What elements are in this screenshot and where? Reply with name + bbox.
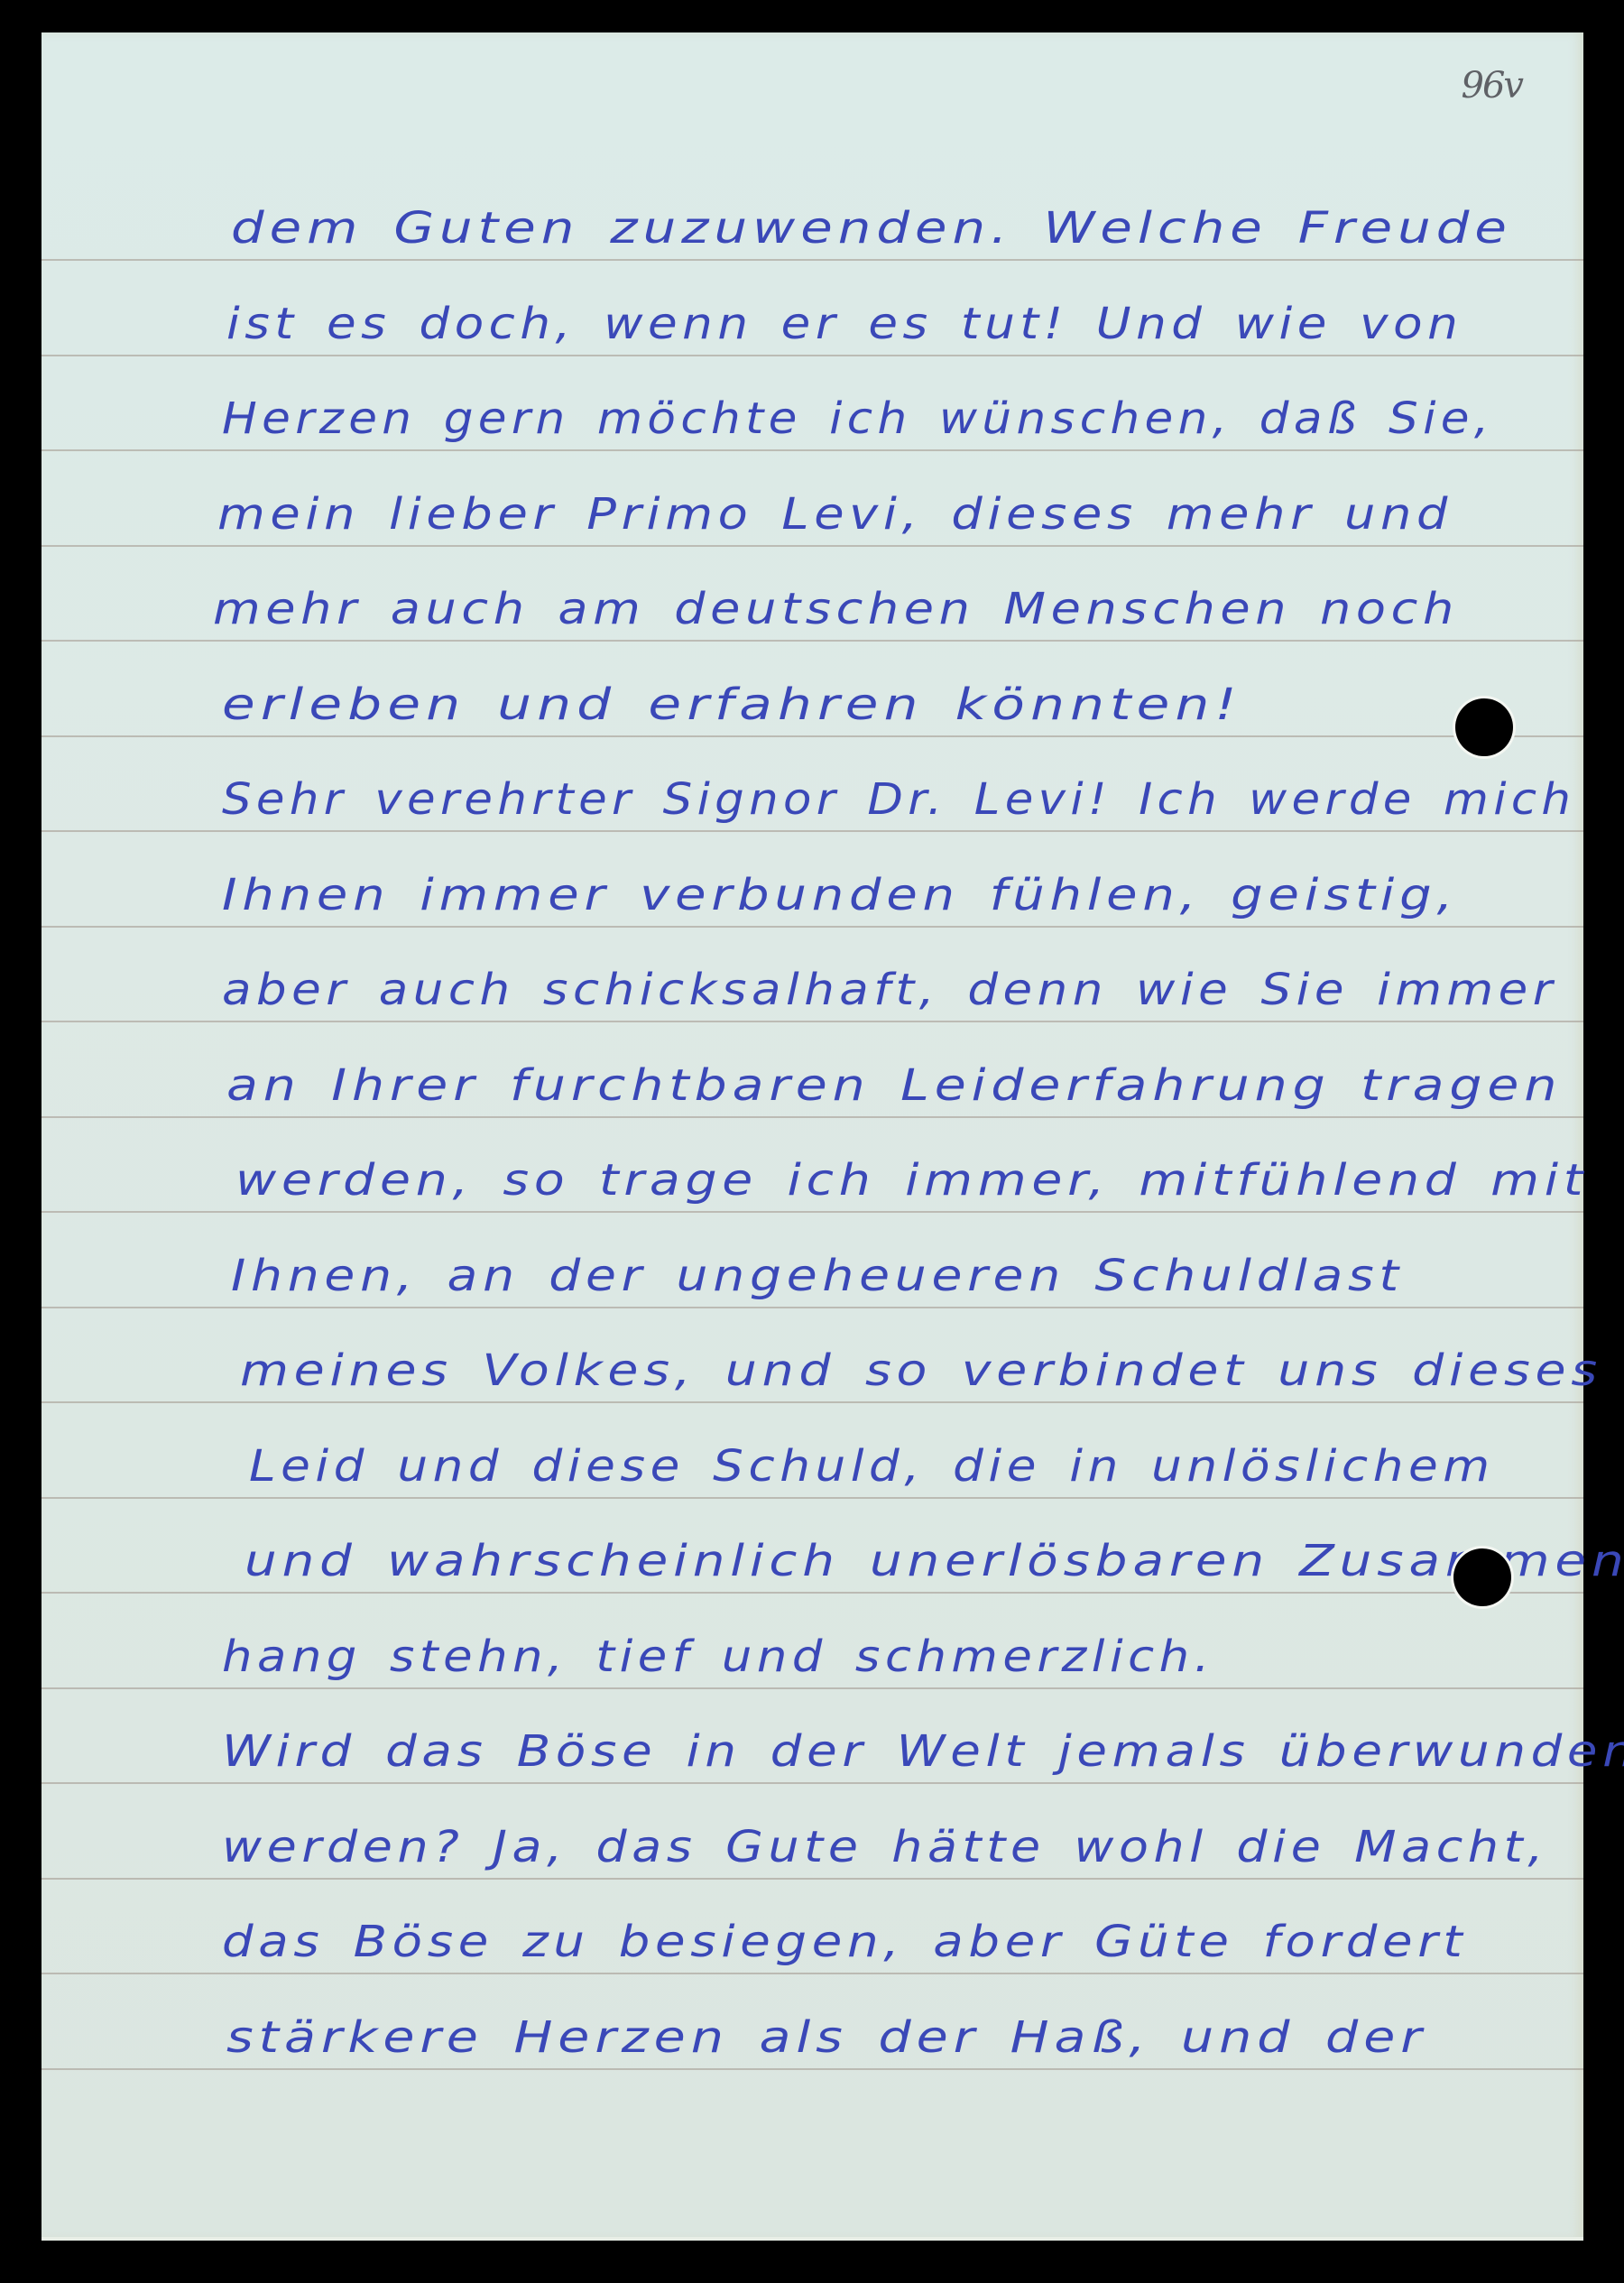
ruled-line	[42, 1687, 1583, 1689]
text-line: Ihnen immer verbunden fühlen, geistig,	[222, 870, 1458, 920]
ruled-line	[42, 259, 1583, 261]
ruled-line	[42, 1116, 1583, 1118]
text-line: aber auch schicksalhaft, denn wie Sie im…	[222, 965, 1557, 1015]
text-line: Leid und diese Schuld, die in unlösliche…	[249, 1441, 1495, 1492]
text-line: dem Guten zuzuwenden. Welche Freude	[231, 203, 1512, 254]
ruled-line	[42, 355, 1583, 356]
ruled-line	[42, 1973, 1583, 1974]
punch-hole-icon	[1453, 1548, 1511, 1606]
ruled-line	[42, 1592, 1583, 1594]
ruled-line	[42, 926, 1583, 928]
ruled-line	[42, 1211, 1583, 1213]
ruled-line	[42, 449, 1583, 451]
ruled-line	[42, 640, 1583, 642]
ruled-line	[42, 1401, 1583, 1403]
ruled-line	[42, 2068, 1583, 2070]
text-line: ist es doch, wenn er es tut! Und wie von	[226, 299, 1463, 349]
ruled-line	[42, 735, 1583, 737]
text-line: hang stehn, tief und schmerzlich.	[222, 1631, 1214, 1682]
ruled-line	[42, 545, 1583, 547]
ruled-line	[42, 1782, 1583, 1784]
text-line: Ihnen, an der ungeheueren Schuldlast	[231, 1251, 1404, 1301]
text-line: Herzen gern möchte ich wünschen, daß Sie…	[222, 393, 1494, 444]
letter-sheet: 96v dem Guten zuzuwenden. Welche Freudei…	[42, 32, 1583, 2241]
text-line: stärkere Herzen als der Haß, und der	[226, 2012, 1427, 2063]
text-line: das Böse zu besiegen, aber Güte fordert	[222, 1917, 1467, 1967]
ruled-line	[42, 830, 1583, 832]
ruled-line	[42, 1878, 1583, 1880]
text-line: erleben und erfahren könnten!	[222, 679, 1242, 730]
folio-number: 96v	[1462, 65, 1523, 106]
text-line: Wird das Böse in der Welt jemals überwun…	[222, 1726, 1624, 1777]
text-line: meines Volkes, und so verbindet uns dies…	[240, 1345, 1602, 1396]
text-line: an Ihrer furchtbaren Leiderfahrung trage…	[226, 1060, 1562, 1111]
ruled-line	[42, 1307, 1583, 1308]
text-line: und wahrscheinlich unerlösbaren Zusammen…	[245, 1536, 1624, 1586]
text-line: mein lieber Primo Levi, dieses mehr und	[217, 489, 1453, 540]
ruled-line	[42, 1497, 1583, 1499]
text-line: werden, so trage ich immer, mitfühlend m…	[235, 1155, 1588, 1206]
text-line: werden? Ja, das Gute hätte wohl die Mach…	[222, 1822, 1548, 1872]
text-line: mehr auch am deutschen Menschen noch	[213, 584, 1459, 634]
text-line: Sehr verehrter Signor Dr. Levi! Ich werd…	[222, 774, 1575, 825]
punch-hole-icon	[1455, 698, 1513, 756]
ruled-line	[42, 1021, 1583, 1022]
